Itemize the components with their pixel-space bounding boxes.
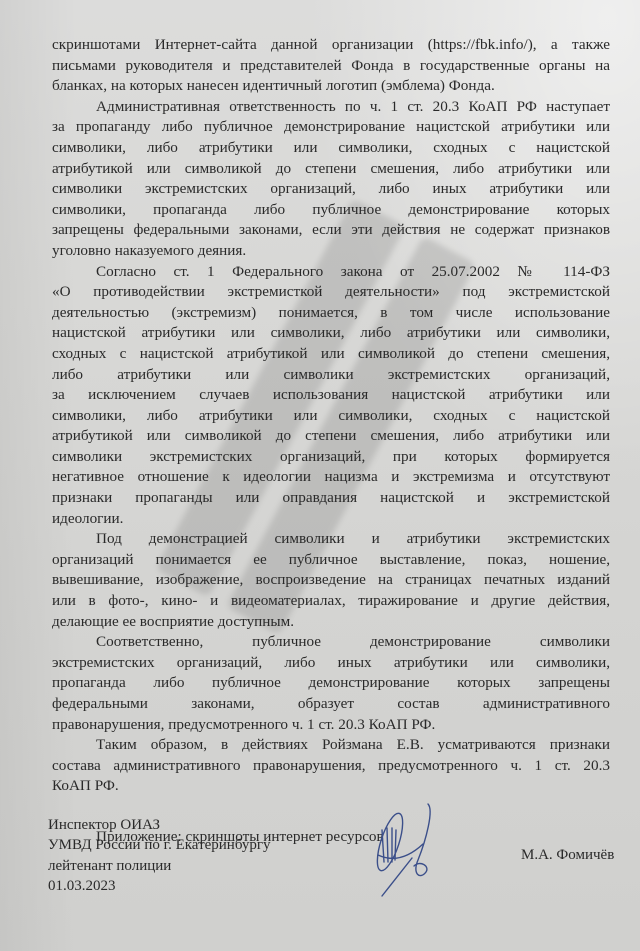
handwritten-signature-icon: [368, 800, 468, 900]
text-line: скриншотами Интернет-сайта данной органи…: [52, 35, 610, 56]
text-line: атрибутикой или символикой до степени см…: [52, 426, 610, 447]
text-line: за пропаганду либо публичное демонстриро…: [52, 117, 610, 138]
text-line: деятельностью (экстремизм) понимается, в…: [52, 303, 610, 324]
text-line: делающие ее восприятие доступным.: [52, 612, 610, 633]
document-date: 01.03.2023: [48, 876, 271, 896]
text-line: нацистской атрибутики или символики, либ…: [52, 323, 610, 344]
text-line: либо атрибутики или символики экстремист…: [52, 365, 610, 386]
text-line: Административная ответственность по ч. 1…: [52, 97, 610, 118]
text-line: Согласно ст. 1 Федерального закона от 25…: [52, 262, 610, 283]
text-line: символики, пропаганда либо публичное дем…: [52, 200, 610, 221]
text-line: негативное отношение к идеологии нацизма…: [52, 467, 610, 488]
text-line: состава административного правонарушения…: [52, 756, 610, 777]
text-line: Под демонстрацией символики и атрибутики…: [52, 529, 610, 550]
text-line: идеологии.: [52, 509, 610, 530]
text-line: пропаганда либо публичное демонстрирован…: [52, 673, 610, 694]
text-line: «О противодействии экстремисткой деятель…: [52, 282, 610, 303]
paragraph-federal-law: Согласно ст. 1 Федерального закона от 25…: [52, 262, 610, 530]
signature-block: Инспектор ОИАЗ УМВД России по г. Екатери…: [48, 815, 271, 897]
text-line: организаций понимается ее публичное выст…: [52, 550, 610, 571]
text-line: федеральными законами, образует состав а…: [52, 694, 610, 715]
paragraph-accordingly: Соответственно, публичное демонстрирован…: [52, 632, 610, 735]
paragraph-conclusion: Таким образом, в действиях Ройзмана Е.В.…: [52, 735, 610, 797]
text-line: бланках, на которых нанесен идентичный л…: [52, 76, 610, 97]
text-line: Соответственно, публичное демонстрирован…: [52, 632, 610, 653]
document-body: скриншотами Интернет-сайта данной органи…: [52, 35, 610, 848]
text-line: КоАП РФ.: [52, 776, 610, 797]
text-line: символики, либо атрибутики или символики…: [52, 406, 610, 427]
text-line: экстремистских организаций, либо иных ат…: [52, 653, 610, 674]
paragraph-fbk-evidence: скриншотами Интернет-сайта данной органи…: [52, 35, 610, 97]
text-line: уголовно наказуемого деяния.: [52, 241, 610, 262]
text-line: символики экстремистских организаций, ли…: [52, 179, 610, 200]
signer-name: М.А. Фомичёв: [521, 847, 614, 864]
text-line: символики, либо атрибутики или символики…: [52, 138, 610, 159]
signer-position: Инспектор ОИАЗ: [48, 815, 271, 835]
text-line: Таким образом, в действиях Ройзмана Е.В.…: [52, 735, 610, 756]
text-line: правонарушения, предусмотренного ч. 1 ст…: [52, 715, 610, 736]
paragraph-koap-liability: Административная ответственность по ч. 1…: [52, 97, 610, 262]
text-line: письмами руководителя и представителей Ф…: [52, 56, 610, 77]
paragraph-demonstration-definition: Под демонстрацией символики и атрибутики…: [52, 529, 610, 632]
text-line: сходных с нацистской атрибутикой или сим…: [52, 344, 610, 365]
signer-rank: лейтенант полиции: [48, 856, 271, 876]
text-line: признаки пропаганды или оправдания нацис…: [52, 488, 610, 509]
text-line: за исключением случаев использования нац…: [52, 385, 610, 406]
text-line: атрибутикой или символикой до степени см…: [52, 159, 610, 180]
text-line: или в фото-, кино- и видеоматериалах, ти…: [52, 591, 610, 612]
text-line: символики экстремистских организаций, пр…: [52, 447, 610, 468]
signer-department: УМВД России по г. Екатеринбургу: [48, 835, 271, 855]
text-line: вывешивание, изображение, воспроизведени…: [52, 570, 610, 591]
text-line: запрещены федеральными законами, если эт…: [52, 220, 610, 241]
